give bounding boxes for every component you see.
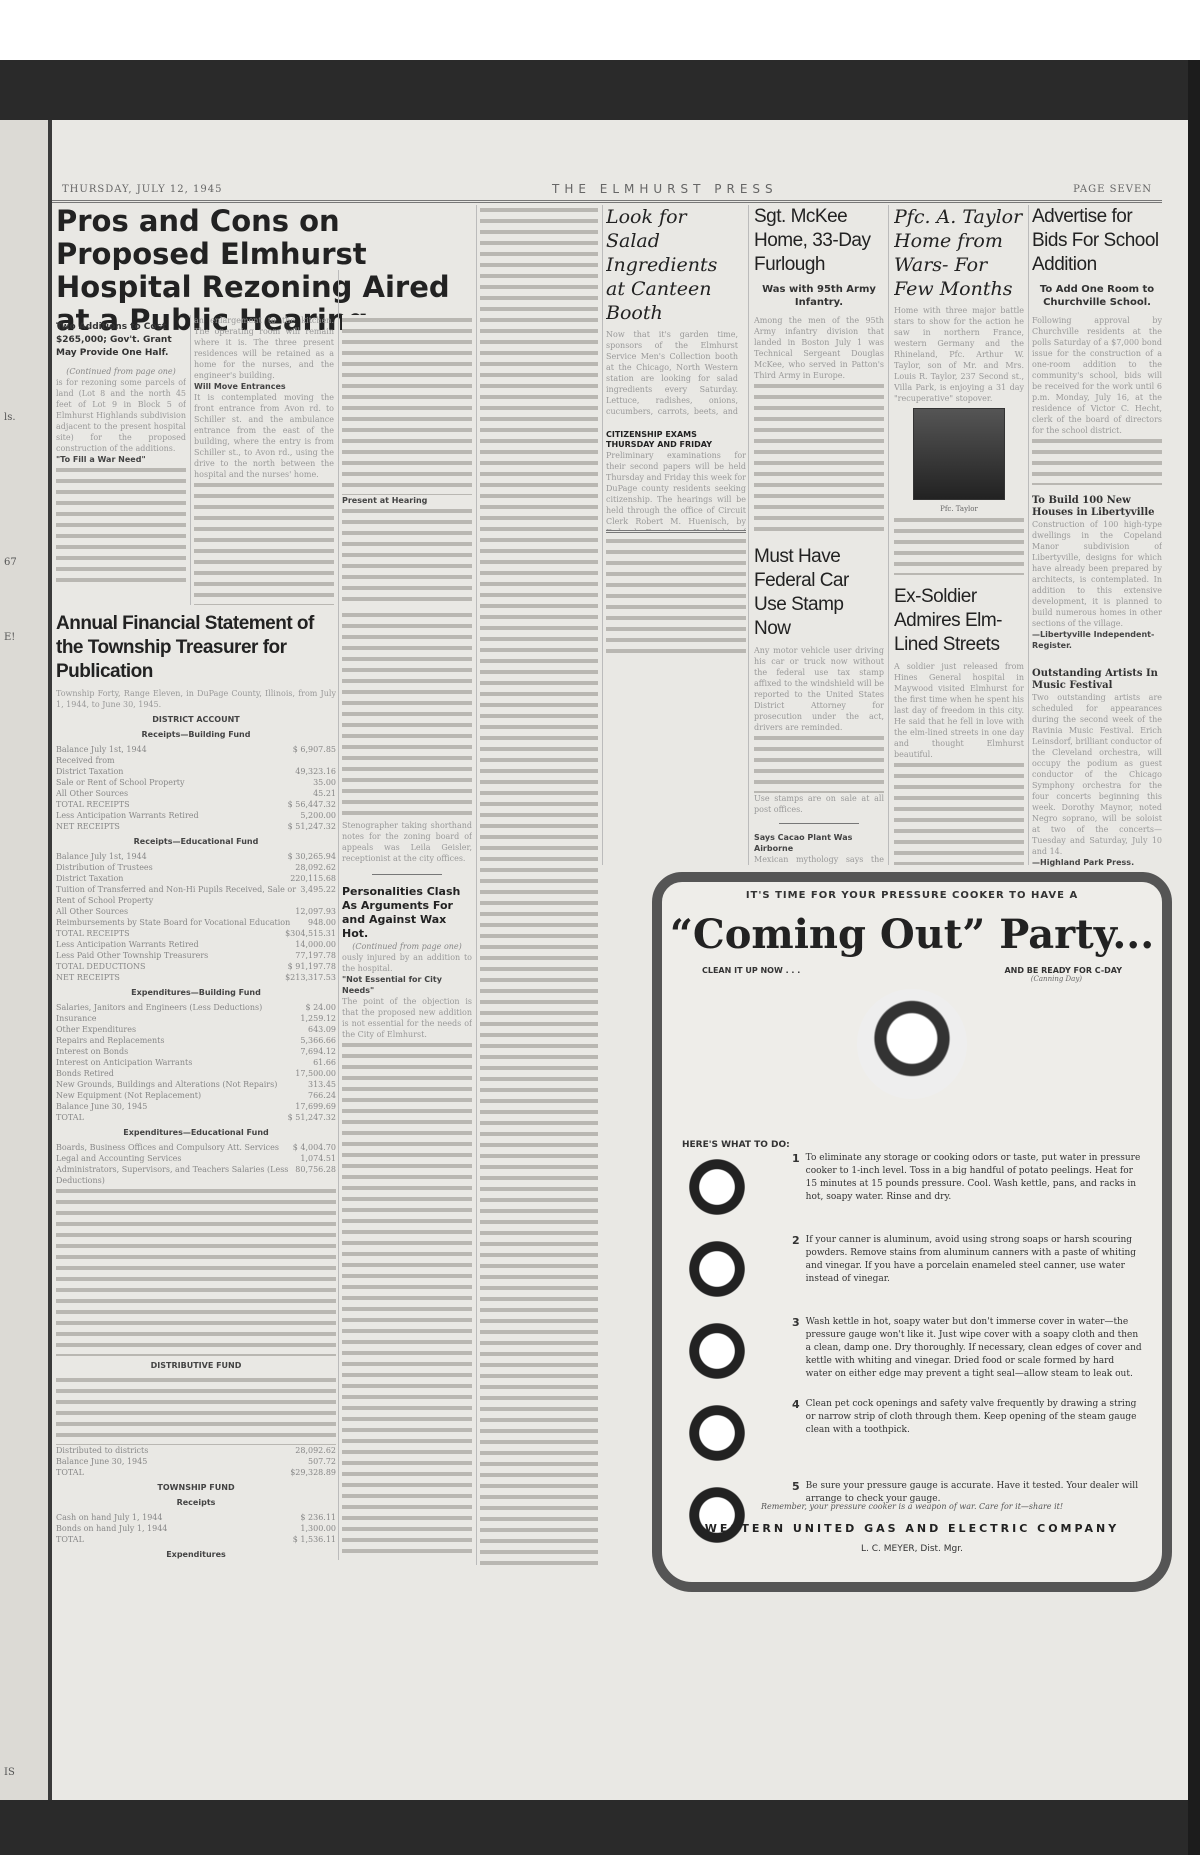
libertyville-credit: —Libertyville Independent-Register.: [1032, 629, 1162, 651]
text-lines: [56, 1186, 336, 1356]
cooker-cartoon-icon: [682, 1316, 752, 1386]
fin-row: Bonds Retired17,500.00: [56, 1068, 336, 1079]
fin-row: TOTAL$ 51,247.32: [56, 1112, 336, 1123]
text-lines: [194, 480, 334, 605]
personalities-opening: ously injured by an addition to the hosp…: [342, 952, 472, 974]
text-lines: [894, 760, 1024, 865]
fin-row: All Other Sources45.21: [56, 788, 336, 799]
financial-intro: Township Forty, Range Eleven, in DuPage …: [56, 688, 336, 710]
paper-name: THE ELMHURST PRESS: [552, 182, 778, 196]
lead-subhead: Present at Hearing: [342, 495, 472, 506]
taylor-story: Pfc. A. Taylor Home from Wars- For Few M…: [894, 205, 1024, 575]
music-festival-headline: Outstanding Artists In Music Festival: [1032, 668, 1162, 692]
fin-row: Sale or Rent of School Property35.00: [56, 777, 336, 788]
stenographer-note: Stenographer taking shorthand notes for …: [342, 820, 472, 864]
lead-subhead: Will Move Entrances: [194, 381, 334, 392]
top-margin: [0, 0, 1200, 60]
text-lines: [56, 465, 186, 585]
mckee-story: Sgt. McKee Home, 33-Day Furlough Was wit…: [754, 205, 884, 535]
financial-headline: Annual Financial Statement of the Townsh…: [56, 612, 336, 684]
lead-story-text: It is contemplated moving the front entr…: [194, 392, 334, 480]
ad-steps: 1 To eliminate any storage or cooking od…: [682, 1152, 1142, 1562]
fin-row: Administrators, Supervisors, and Teacher…: [56, 1164, 336, 1186]
fin-row: Less Anticipation Warrants Retired5,200.…: [56, 810, 336, 821]
personalities-subhead: "Not Essential for City Needs": [342, 974, 472, 996]
taylor-body: Home with three major battle stars to sh…: [894, 305, 1024, 404]
ex-soldier-headline: Ex-Soldier Admires Elm-Lined Streets: [894, 585, 1024, 657]
right-edge: [1188, 60, 1200, 1855]
ad-step: 3 Wash kettle in hot, soapy water but do…: [682, 1316, 1142, 1386]
fin-row: Salaries, Janitors and Engineers (Less D…: [56, 1002, 336, 1013]
citizenship-headline: CITIZENSHIP EXAMS THURSDAY AND FRIDAY: [606, 430, 746, 450]
personalities-story: Stenographer taking shorthand notes for …: [342, 610, 472, 1560]
ex-soldier-story: Ex-Soldier Admires Elm-Lined Streets A s…: [894, 585, 1024, 865]
ad-step: 4 Clean pet cock openings and safety val…: [682, 1398, 1142, 1468]
fin-row: New Equipment (Not Replacement)766.24: [56, 1090, 336, 1101]
continued-text: [606, 536, 746, 656]
fin-row: District Taxation49,323.16: [56, 766, 336, 777]
personalities-lead: The point of the objection is that the p…: [342, 996, 472, 1040]
text-lines: [56, 1375, 336, 1445]
school-bids-body: Following approval by Churchville reside…: [1032, 315, 1162, 436]
cacao-body: Mexican mythology says the cacao plant w…: [754, 854, 884, 865]
margin-fragment: IS: [0, 1765, 48, 1780]
text-lines: [480, 205, 598, 1565]
lead-story-text: an enlargement to the kitchen. The opera…: [194, 315, 334, 381]
ad-manager: L. C. MEYER, Dist. Mgr.: [662, 1544, 1162, 1554]
pressure-cooker-ad: IT'S TIME FOR YOUR PRESSURE COOKER TO HA…: [652, 872, 1172, 1592]
ex-soldier-body: A soldier just released from Hines Gener…: [894, 661, 1024, 760]
mckee-body: Among the men of the 95th Army infantry …: [754, 315, 884, 381]
fin-row: Insurance1,259.12: [56, 1013, 336, 1024]
car-stamp-headline: Must Have Federal Car Use Stamp Now: [754, 545, 884, 641]
fin-row: Less Paid Other Township Treasurers77,19…: [56, 950, 336, 961]
text-lines: [342, 506, 472, 605]
fin-row: TOTAL$ 1,536.11: [56, 1534, 336, 1545]
fin-row: Balance July 1st, 1944$ 30,265.94: [56, 851, 336, 862]
text-lines: [754, 733, 884, 793]
column-rule: [190, 315, 191, 605]
section-title: Expenditures—Building Fund: [56, 987, 336, 998]
fin-row: TOTAL RECEIPTS$304,515.31: [56, 928, 336, 939]
cooker-cartoon-icon: [682, 1152, 752, 1222]
fin-row: Reimbursements by State Board for Vocati…: [56, 917, 336, 928]
fin-row: Cash on hand July 1, 1944$ 236.11: [56, 1512, 336, 1523]
salad-body: Now that it's garden time, sponsors of t…: [606, 329, 738, 415]
car-stamp-body-2: Use stamps are on sale at all post offic…: [754, 793, 884, 815]
fin-row: Interest on Bonds7,694.12: [56, 1046, 336, 1057]
school-bids-deck: To Add One Room to Churchville School.: [1032, 283, 1162, 309]
fin-row: TOTAL RECEIPTS$ 56,447.32: [56, 799, 336, 810]
section-subtitle: Expenditures: [56, 1549, 336, 1560]
fin-row: NET RECEIPTS$213,317.53: [56, 972, 336, 983]
section-title: Receipts—Building Fund: [56, 729, 336, 740]
text-lines: [894, 515, 1024, 575]
ad-top-line: IT'S TIME FOR YOUR PRESSURE COOKER TO HA…: [662, 890, 1162, 901]
mckee-headline: Sgt. McKee Home, 33-Day Furlough: [754, 205, 884, 277]
ad-company-name: WESTERN UNITED GAS AND ELECTRIC COMPANY: [662, 1522, 1162, 1535]
column-rule: [888, 205, 889, 865]
fin-row: Less Anticipation Warrants Retired14,000…: [56, 939, 336, 950]
district-account-title: DISTRICT ACCOUNT: [56, 714, 336, 725]
fin-row: District Taxation220,115.68: [56, 873, 336, 884]
column-rule: [338, 270, 339, 1560]
cooker-cartoon-icon: [682, 1398, 752, 1468]
music-festival-credit: —Highland Park Press.: [1032, 857, 1162, 868]
fin-row: Legal and Accounting Services1,074.51: [56, 1153, 336, 1164]
fin-row: Distributed to districts28,092.62: [56, 1445, 336, 1456]
lead-story-col3: Present at Hearing: [342, 315, 472, 605]
column-rule: [1028, 205, 1029, 865]
fin-row: Distribution of Trustees28,092.62: [56, 862, 336, 873]
fin-row: TOTAL$29,328.89: [56, 1467, 336, 1478]
cooker-cartoon-icon: [682, 1480, 752, 1550]
citizenship-story: CITIZENSHIP EXAMS THURSDAY AND FRIDAY Pr…: [606, 430, 746, 530]
salad-headline: Look for Salad Ingredients at Canteen Bo…: [606, 205, 738, 325]
fin-row: Received from: [56, 755, 336, 766]
fin-row: Tuition of Transferred and Non-Hi Pupils…: [56, 884, 336, 906]
margin-fragment: 67: [0, 555, 48, 570]
column-rule: [748, 205, 749, 865]
ad-right-tag: AND BE READY FOR C-DAY: [1004, 966, 1122, 975]
ad-remember-line: Remember, your pressure cooker is a weap…: [662, 1502, 1162, 1511]
school-bids-story: Advertise for Bids For School Addition T…: [1032, 205, 1162, 485]
lead-subhead: "To Fill a War Need": [56, 454, 186, 465]
text-lines: [754, 381, 884, 535]
car-stamp-body: Any motor vehicle user driving his car o…: [754, 645, 884, 733]
margin-fragment: ls.: [0, 410, 48, 425]
ad-canning-note: (Canning Day): [662, 975, 1162, 983]
pressure-cooker-mascot-icon: [857, 989, 967, 1099]
ad-step: 1 To eliminate any storage or cooking od…: [682, 1152, 1142, 1222]
lead-story-col1: Two Additions to Cost $265,000; Gov't. G…: [56, 315, 186, 605]
section-title: DISTRIBUTIVE FUND: [56, 1360, 336, 1371]
music-festival-story: Outstanding Artists In Music Festival Tw…: [1032, 668, 1162, 868]
text-lines: [606, 536, 746, 656]
fin-row: Interest on Anticipation Warrants61.66: [56, 1057, 336, 1068]
fin-row: Boards, Business Offices and Compulsory …: [56, 1142, 336, 1153]
cooker-cartoon-icon: [682, 1234, 752, 1304]
ad-step: 5 Be sure your pressure gauge is accurat…: [682, 1480, 1142, 1550]
ad-step: 2 If your canner is aluminum, avoid usin…: [682, 1234, 1142, 1304]
fin-row: TOTAL DEDUCTIONS$ 91,197.78: [56, 961, 336, 972]
column-rule: [602, 205, 603, 865]
lead-story-col4: [480, 205, 598, 1565]
music-festival-body: Two outstanding artists are scheduled fo…: [1032, 692, 1162, 857]
fin-row: New Grounds, Buildings and Alterations (…: [56, 1079, 336, 1090]
ad-left-tag: CLEAN IT UP NOW . . .: [702, 966, 800, 975]
citizenship-body: Preliminary examinations for their secon…: [606, 450, 746, 530]
lead-story-opening: is for rezoning some parcels of land (Lo…: [56, 377, 186, 454]
continued-note: (Continued from page one): [342, 941, 472, 952]
school-bids-headline: Advertise for Bids For School Addition: [1032, 205, 1162, 277]
fin-row: NET RECEIPTS$ 51,247.32: [56, 821, 336, 832]
section-subtitle: Receipts: [56, 1497, 336, 1508]
taylor-headline: Pfc. A. Taylor Home from Wars- For Few M…: [894, 205, 1024, 301]
issue-date: THURSDAY, JULY 12, 1945: [62, 184, 222, 195]
divider: [372, 874, 442, 875]
lead-story-col2: an enlargement to the kitchen. The opera…: [194, 315, 334, 605]
what-to-do-label: HERE'S WHAT TO DO:: [682, 1140, 790, 1150]
text-lines: [342, 610, 472, 820]
ad-title: “Coming Out” Party...: [662, 911, 1162, 958]
soldier-photo: [913, 408, 1005, 500]
libertyville-headline: To Build 100 New Houses in Libertyville: [1032, 495, 1162, 519]
car-stamp-story: Must Have Federal Car Use Stamp Now Any …: [754, 545, 884, 865]
section-title: Receipts—Educational Fund: [56, 836, 336, 847]
fin-row: All Other Sources12,097.93: [56, 906, 336, 917]
text-lines: [342, 1040, 472, 1560]
fin-row: Repairs and Replacements5,366.66: [56, 1035, 336, 1046]
fin-row: Other Expenditures643.09: [56, 1024, 336, 1035]
financial-statement: Annual Financial Statement of the Townsh…: [56, 612, 336, 1562]
column-rule: [476, 205, 477, 1565]
adjacent-page-strip: ls. 67 E! IS: [0, 120, 52, 1800]
divider: [606, 530, 746, 533]
fin-row: Balance June 30, 194517,699.69: [56, 1101, 336, 1112]
fin-row: Balance July 1st, 1944$ 6,907.85: [56, 744, 336, 755]
margin-fragment: E!: [0, 630, 48, 645]
text-lines: [342, 315, 472, 495]
text-lines: [1032, 436, 1162, 485]
lead-story-deck: Two Additions to Cost $265,000; Gov't. G…: [56, 321, 186, 360]
salad-story: Look for Salad Ingredients at Canteen Bo…: [606, 205, 738, 415]
masthead: THURSDAY, JULY 12, 1945 THE ELMHURST PRE…: [52, 182, 1162, 203]
mckee-deck: Was with 95th Army Infantry.: [754, 283, 884, 309]
divider: [779, 823, 859, 824]
fin-row: Balance June 30, 1945507.72: [56, 1456, 336, 1467]
section-title: TOWNSHIP FUND: [56, 1482, 336, 1493]
personalities-headline: Personalities Clash As Arguments For and…: [342, 885, 472, 941]
page-number: PAGE SEVEN: [1073, 184, 1152, 195]
section-title: Expenditures—Educational Fund: [56, 1127, 336, 1138]
continued-note: (Continued from page one): [56, 366, 186, 377]
fin-row: Bonds on hand July 1, 19441,300.00: [56, 1523, 336, 1534]
cacao-headline: Says Cacao Plant Was Airborne: [754, 832, 884, 854]
photo-caption: Pfc. Taylor: [894, 504, 1024, 515]
libertyville-body: Construction of 100 high-type dwellings …: [1032, 519, 1162, 629]
libertyville-story: To Build 100 New Houses in Libertyville …: [1032, 495, 1162, 665]
